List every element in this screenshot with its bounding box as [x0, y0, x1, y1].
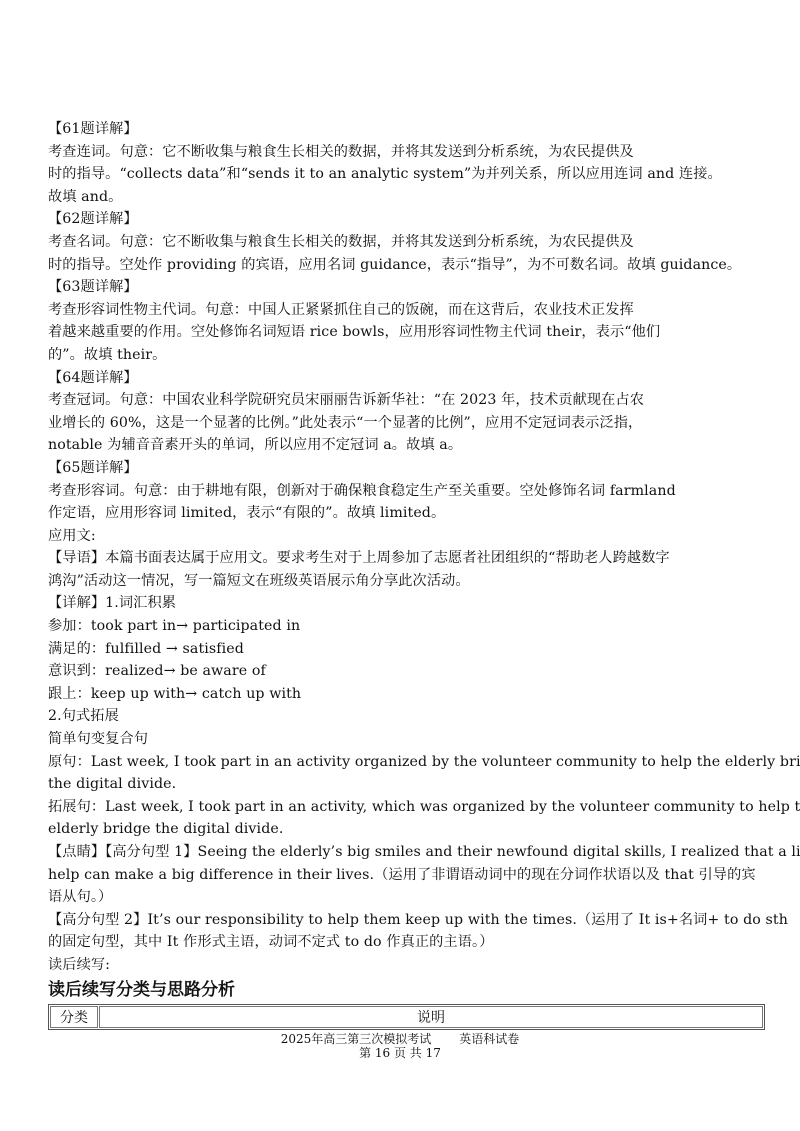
text-line: 原句：Last week, I took part in an activity…	[48, 751, 764, 774]
page-footer: 2025年高三第三次模拟考试英语科试卷 第 16 页 共 17	[0, 1032, 800, 1060]
text-line: 的固定句型，其中 It 作形式主语，动词不定式 to do 作真正的主语。）	[48, 931, 764, 954]
question-heading: 【62题详解】	[48, 208, 764, 231]
text-line: 【点睛】【高分句型 1】Seeing the elderly’s big smi…	[48, 841, 764, 864]
text-line: 跟上：keep up with→ catch up with	[48, 683, 764, 706]
text-line: help can make a big difference in their …	[48, 864, 764, 887]
text-line: 语从句。）	[48, 886, 764, 909]
table-header-description: 说明	[99, 1006, 763, 1028]
text-line: the digital divide.	[48, 773, 764, 796]
analysis-table: 分类 说明	[48, 1004, 765, 1030]
text-line: 考查形容词。句意：由于耕地有限，创新对于确保粮食稳定生产至关重要。空处修饰名词 …	[48, 480, 764, 503]
subject-label: 英语科试卷	[459, 1032, 519, 1046]
text-line: 拓展句：Last week, I took part in an activit…	[48, 796, 764, 819]
text-line: 业增长的 60%，这是一个显著的比例。”此处表示“一个显著的比例”，应用不定冠词…	[48, 412, 764, 435]
text-line: 2.句式拓展	[48, 705, 764, 728]
text-line: 【导语】本篇书面表达属于应用文。要求考生对于上周参加了志愿者社团组织的“帮助老人…	[48, 547, 764, 570]
text-line: 参加：took part in→ participated in	[48, 615, 764, 638]
text-line: 着越来越重要的作用。空处修饰名词短语 rice bowls，应用形容词性物主代词…	[48, 321, 764, 344]
question-heading: 【64题详解】	[48, 367, 764, 390]
text-line: 考查名词。句意：它不断收集与粮食生长相关的数据，并将其发送到分析系统，为农民提供…	[48, 231, 764, 254]
section-title: 读后续写分类与思路分析	[48, 978, 764, 1002]
question-heading: 【61题详解】	[48, 118, 764, 141]
text-line: 作定语，应用形容词 limited，表示“有限的”。故填 limited。	[48, 502, 764, 525]
text-line: 考查连词。句意：它不断收集与粮食生长相关的数据，并将其发送到分析系统，为农民提供…	[48, 141, 764, 164]
text-line: 【高分句型 2】It’s our responsibility to help …	[48, 909, 764, 932]
question-heading: 【65题详解】	[48, 457, 764, 480]
page-number: 第 16 页 共 17	[0, 1046, 800, 1060]
document-page: 【61题详解】考查连词。句意：它不断收集与粮食生长相关的数据，并将其发送到分析系…	[48, 118, 764, 1030]
text-line: 应用文:	[48, 525, 764, 548]
text-line: 意识到：realized→ be aware of	[48, 660, 764, 683]
text-line: notable 为辅音音素开头的单词，所以应用不定冠词 a。故填 a。	[48, 434, 764, 457]
table-header-category: 分类	[50, 1006, 98, 1028]
text-line: 考查形容词性物主代词。句意：中国人正紧紧抓住自己的饭碗，而在这背后，农业技术正发…	[48, 299, 764, 322]
text-line: 读后续写:	[48, 954, 764, 977]
text-line: 的”。故填 their。	[48, 344, 764, 367]
text-line: 考查冠词。句意：中国农业科学院研究员宋丽丽告诉新华社：“在 2023 年，技术贡…	[48, 389, 764, 412]
exam-title: 2025年高三第三次模拟考试	[281, 1032, 432, 1046]
text-line: elderly bridge the digital divide.	[48, 818, 764, 841]
text-line: 【详解】1.词汇积累	[48, 592, 764, 615]
question-heading: 【63题详解】	[48, 276, 764, 299]
text-line: 时的指导。“collects data”和“sends it to an ana…	[48, 163, 764, 186]
text-line: 鸿沟”活动这一情况，写一篇短文在班级英语展示角分享此次活动。	[48, 570, 764, 593]
text-line: 满足的：fulfilled → satisfied	[48, 638, 764, 661]
text-line: 简单句变复合句	[48, 728, 764, 751]
text-line: 时的指导。空处作 providing 的宾语，应用名词 guidance，表示“…	[48, 254, 764, 277]
text-line: 故填 and。	[48, 186, 764, 209]
document-body: 【61题详解】考查连词。句意：它不断收集与粮食生长相关的数据，并将其发送到分析系…	[48, 118, 764, 977]
table-header-row: 分类 说明	[50, 1006, 763, 1028]
